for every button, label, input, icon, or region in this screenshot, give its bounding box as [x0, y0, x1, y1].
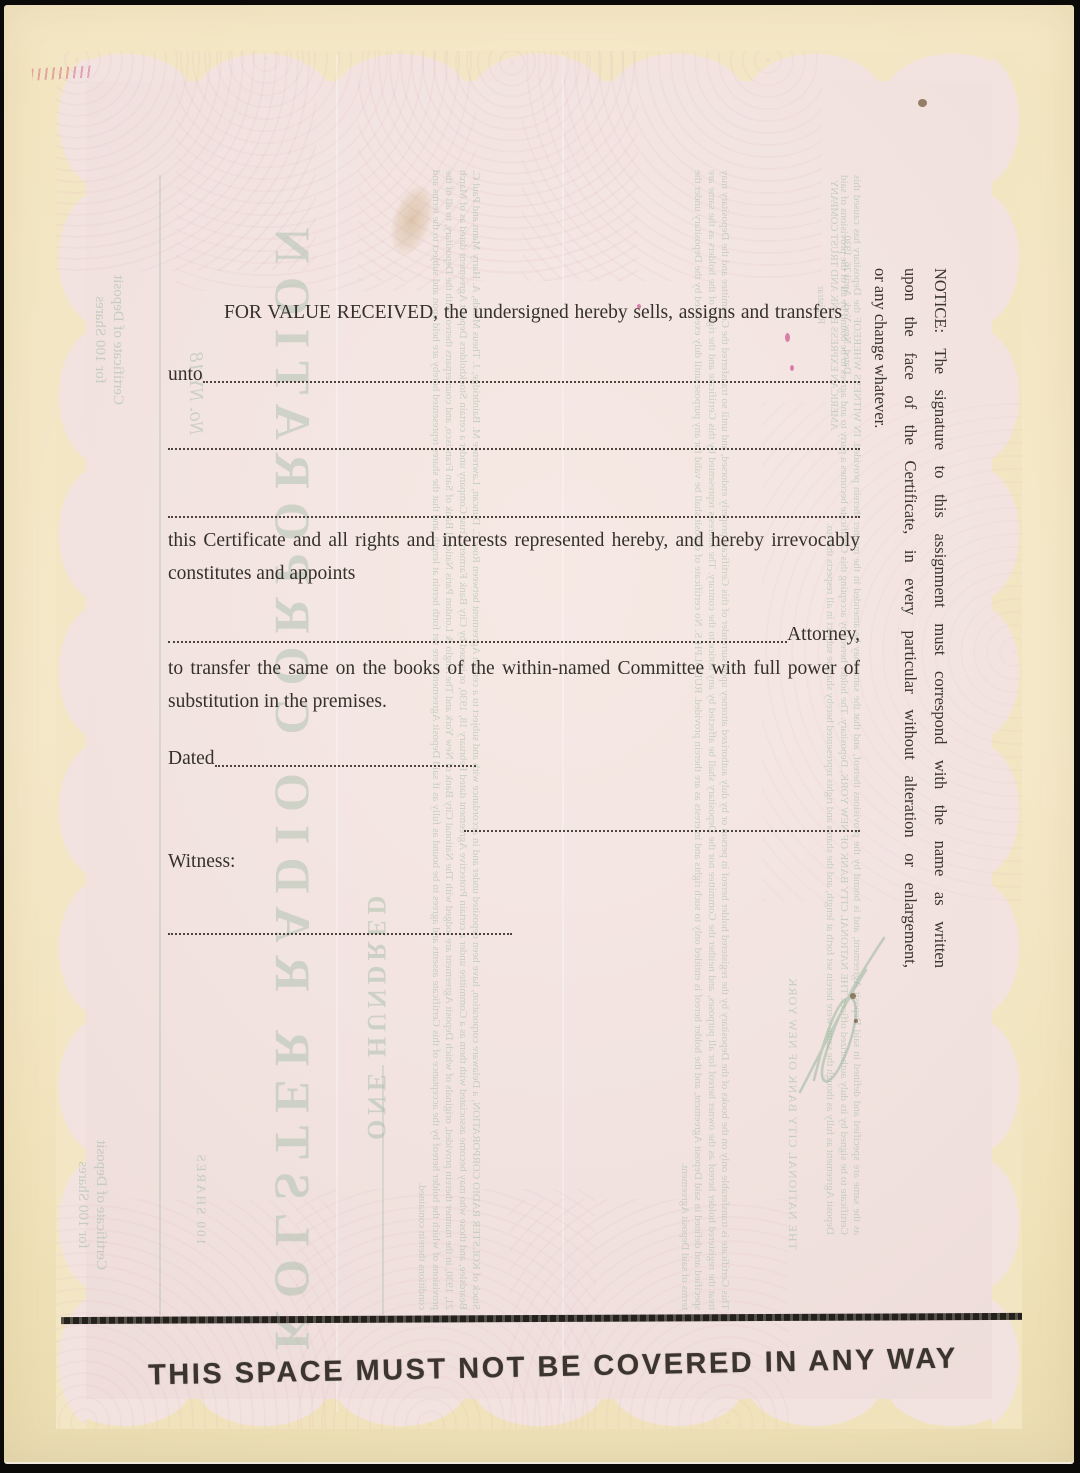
dotted-fill-in-line: [203, 377, 860, 383]
notice-line3: or any change whatever.: [865, 268, 895, 968]
transfer-line1: to transfer the same on the books of the…: [168, 657, 860, 681]
notice-line2: upon the face of the Certificate, in eve…: [895, 268, 925, 968]
assignment-opening-line: FOR VALUE RECEIVED, the undersigned here…: [224, 301, 842, 325]
dotted-fill-in-line: [168, 448, 860, 450]
paper-sheet: Stock of KOLSTER RADIO CORPORATION, a De…: [4, 5, 1074, 1464]
paper-crease: [336, 55, 338, 1412]
witness-label: Witness:: [168, 850, 860, 874]
assignment-body-line2: constitutes and appoints: [168, 562, 860, 586]
notice-line1: NOTICE: The signature to this assignment…: [925, 268, 955, 968]
dotted-fill-in-line: [215, 761, 476, 767]
dotted-fill-in-line: [168, 637, 787, 643]
transfer-line2: substitution in the premises.: [168, 690, 860, 714]
paper-crease: [562, 55, 564, 1412]
scallop-border-left: [56, 51, 86, 1429]
dotted-fill-in-line: [168, 516, 860, 518]
dated-row: Dated: [168, 747, 476, 771]
witness-line: [168, 933, 512, 935]
unto-row: unto: [168, 363, 860, 387]
notice-block: NOTICE: The signature to this assignment…: [859, 268, 955, 968]
scanned-certificate-back: Stock of KOLSTER RADIO CORPORATION, a De…: [0, 0, 1080, 1473]
attorney-label: Attorney,: [787, 623, 860, 647]
attorney-row: Attorney,: [168, 623, 860, 647]
assignment-body-line1: this Certificate and all rights and inte…: [168, 529, 860, 553]
scallop-border-right: [992, 51, 1022, 1429]
scallop-border-top: [56, 51, 1022, 81]
unto-label: unto: [168, 363, 203, 387]
signature-line: [464, 830, 860, 832]
scallop-border-bottom: [56, 1399, 1022, 1429]
dated-label: Dated: [168, 747, 215, 771]
